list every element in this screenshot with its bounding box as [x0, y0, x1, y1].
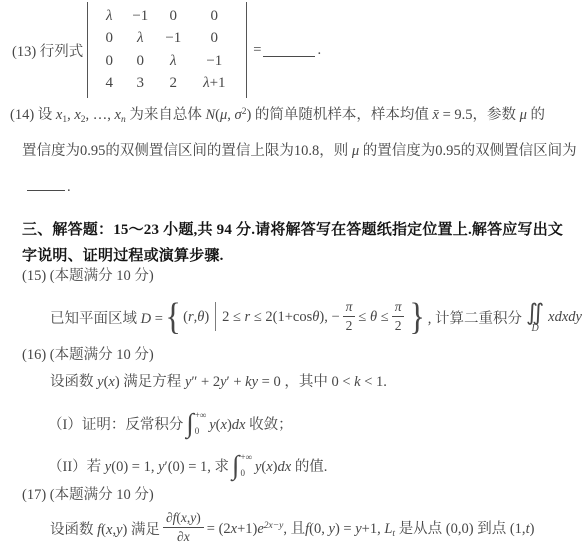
left-brace: {: [165, 300, 181, 334]
fraction-numerator: ∂f(x,y): [163, 510, 204, 528]
item-2-prefix: （II）若 y(0) = 1, y′(0) = 1, 求: [48, 455, 229, 476]
question-17-equation: 设函数 f(x,y) 满足 ∂f(x,y) ∂x = (2x+1)e2x−y, …: [50, 507, 534, 549]
question-16-item-1: （I）证明：反常积分 ∫ +∞ 0 y(x)dx 收敛；: [48, 408, 293, 438]
question-15-label: (15) (本题满分 10 分): [22, 267, 154, 287]
question-15-equation: 已知平面区域 D = { (r,θ) | 2 ≤ r ≤ 2(1+cosθ), …: [50, 294, 586, 340]
integral-sign: ∫: [232, 452, 239, 479]
answer-blank: [263, 43, 315, 57]
question-14-line-2: 置信度为0.95的双侧置信区间的置信上限为10.8，则 μ 的置信度为0.95的…: [22, 142, 577, 162]
matrix-cell: λ: [170, 53, 177, 70]
eq-tail: = (2x+1)e2x−y, 且f(0, y) = y+1, Lt 是从点 (0…: [207, 517, 535, 539]
matrix-cell: 0: [211, 30, 219, 47]
matrix-cell: λ: [137, 30, 144, 47]
integral-limits: +∞ 0: [240, 452, 252, 479]
eq-pair: (r,θ): [183, 309, 209, 326]
matrix-cell: 0: [137, 53, 145, 70]
integral-lower-limit: 0: [195, 427, 207, 436]
matrix-cell: 4: [106, 75, 114, 92]
eq-condition-1: 2 ≤ r ≤ 2(1+cosθ), −: [222, 309, 340, 326]
item-1-prefix: （I）证明：反常积分: [48, 413, 183, 434]
equals-sign: =: [253, 42, 261, 59]
section-heading-line-2: 字说明、证明过程或演算步骤.: [22, 246, 224, 266]
question-17-label: (17) (本题满分 10 分): [22, 486, 154, 506]
matrix-cell: −1: [132, 8, 148, 25]
question-13-label: (13) 行列式: [12, 40, 83, 61]
period: .: [317, 42, 321, 59]
matrix-cell: λ+1: [203, 75, 225, 92]
question-13-line: (13) 行列式 λ −1 0 0 0 λ −1 0 0 0 λ −1 4 3 …: [12, 3, 321, 97]
question-14-line-1: (14) 设 x1, x2, …, xn 为来自总体 N(μ, σ2) 的简单随…: [10, 106, 545, 127]
answer-blank: [27, 177, 65, 191]
right-brace: }: [410, 300, 426, 334]
eq-condition-2: ≤ θ ≤: [358, 309, 388, 326]
fraction-numerator: π: [392, 299, 405, 317]
item-1-tail: y(x)dx 收敛；: [209, 413, 292, 434]
fraction-pi-over-2: π 2: [392, 299, 405, 335]
exam-page: (13) 行列式 λ −1 0 0 0 λ −1 0 0 0 λ −1 4 3 …: [0, 0, 586, 555]
integral-upper-limit: +∞: [240, 453, 252, 462]
integral-region: D: [531, 324, 538, 334]
question-16-label: (16) (本题满分 10 分): [22, 346, 154, 366]
eq-lead: 已知平面区域 D =: [50, 307, 163, 328]
fraction-numerator: π: [343, 299, 356, 317]
set-divider-bar: |: [214, 299, 217, 336]
matrix-cell: 2: [170, 75, 178, 92]
item-2-tail: y(x)dx 的值.: [255, 455, 328, 476]
determinant-matrix: λ −1 0 0 0 λ −1 0 0 0 λ −1 4 3 2 λ+1: [87, 2, 247, 98]
question-16-item-2: （II）若 y(0) = 1, y′(0) = 1, 求 ∫ +∞ 0 y(x)…: [48, 450, 327, 480]
matrix-cell: −1: [206, 53, 222, 70]
eq-mid-text: , 计算二重积分: [428, 307, 522, 328]
eq-integrand: xdxdy .: [548, 309, 586, 326]
section-heading-line-1: 三、解答题：15～23 小题,共 94 分.请将解答写在答题纸指定位置上.解答应…: [22, 220, 563, 240]
fraction-pi-over-2: π 2: [343, 299, 356, 335]
integral-limits: +∞ 0: [195, 410, 207, 437]
partial-derivative-fraction: ∂f(x,y) ∂x: [163, 510, 204, 546]
matrix-cell: 0: [106, 30, 114, 47]
integral-lower-limit: 0: [240, 469, 252, 478]
matrix-cell: λ: [106, 8, 113, 25]
fraction-denominator: ∂x: [177, 528, 190, 546]
integral: ∫ +∞ 0: [232, 452, 252, 479]
matrix-cell: 3: [137, 75, 145, 92]
matrix-cell: 0: [170, 8, 178, 25]
fraction-denominator: 2: [346, 317, 353, 335]
question-14-answer-line: .: [25, 177, 71, 198]
period: .: [67, 179, 71, 195]
eq-lead: 设函数 f(x,y) 满足: [50, 518, 160, 539]
double-integral-sign: ∬: [526, 301, 544, 324]
integral-upper-limit: +∞: [195, 411, 207, 420]
fraction-denominator: 2: [395, 317, 402, 335]
matrix-cell: 0: [106, 53, 114, 70]
determinant-grid: λ −1 0 0 0 λ −1 0 0 0 λ −1 4 3 2 λ+1: [95, 5, 239, 95]
double-integral: ∬ D: [526, 301, 544, 334]
question-16-line-1: 设函数 y(x) 满足方程 y″ + 2y′ + ky = 0 ，其中 0 < …: [50, 373, 387, 393]
matrix-cell: 0: [211, 8, 219, 25]
integral-sign: ∫: [186, 410, 193, 437]
matrix-cell: −1: [165, 30, 181, 47]
integral: ∫ +∞ 0: [186, 410, 206, 437]
